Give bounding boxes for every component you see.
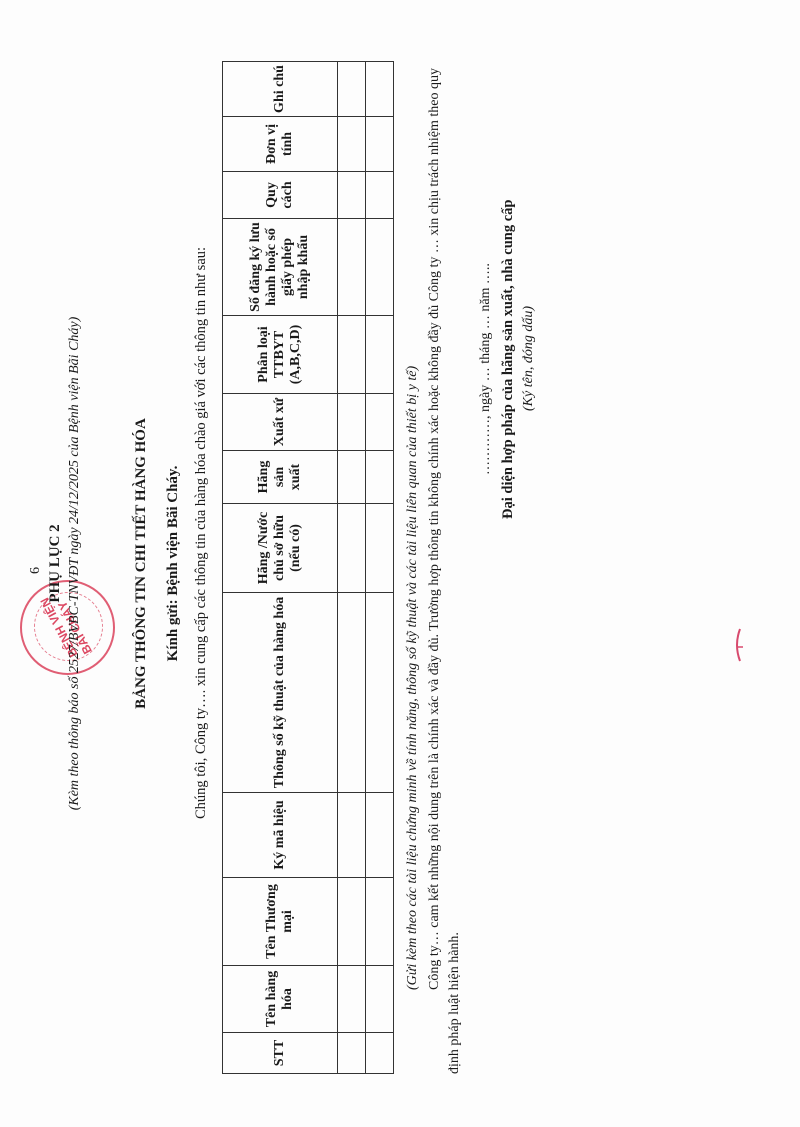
cell[interactable] (338, 504, 366, 593)
addressee: Kính gửi: Bệnh viện Bãi Cháy. (165, 0, 182, 1127)
cell[interactable] (366, 504, 394, 593)
cell[interactable] (366, 793, 394, 878)
cell[interactable] (338, 394, 366, 451)
cell[interactable] (366, 117, 394, 172)
cell[interactable] (366, 966, 394, 1033)
goods-detail-table: STT Tên hàng hóa Tên Thương mại Ký mã hi… (222, 61, 394, 1074)
cell[interactable] (338, 878, 366, 966)
cell[interactable] (338, 793, 366, 878)
col-trade-name: Tên Thương mại (223, 878, 338, 966)
cell[interactable] (366, 394, 394, 451)
date-line: …………, ngày … tháng … năm ….. (478, 263, 494, 475)
cell[interactable] (366, 878, 394, 966)
col-notes: Ghi chú (223, 62, 338, 117)
cell[interactable] (366, 593, 394, 793)
pen-mark-icon (728, 625, 750, 665)
col-technical-specs: Thông số kỹ thuật của hàng hóa (223, 593, 338, 793)
page-number: 6 (28, 567, 44, 574)
cell[interactable] (338, 1033, 366, 1074)
col-stt: STT (223, 1033, 338, 1074)
col-packaging: Quy cách (223, 172, 338, 219)
cell[interactable] (366, 219, 394, 316)
cell[interactable] (338, 451, 366, 504)
col-owner: Hãng /Nước chủ sở hữu (nếu có) (223, 504, 338, 593)
cell[interactable] (338, 219, 366, 316)
table-row (366, 62, 394, 1074)
representative-label: Đại diện hợp pháp của hãng sản xuất, nhà… (500, 200, 517, 520)
col-model-code: Ký mã hiệu (223, 793, 338, 878)
cell[interactable] (338, 316, 366, 394)
commitment-text: Công ty… cam kết những nội dung trên là … (425, 54, 465, 1074)
appendix-subtitle: (Kèm theo thông báo số 2527/BVBC-TNVĐT n… (67, 0, 83, 1127)
cell[interactable] (366, 62, 394, 117)
cell[interactable] (366, 316, 394, 394)
cell[interactable] (366, 172, 394, 219)
cell[interactable] (338, 593, 366, 793)
col-unit: Đơn vị tính (223, 117, 338, 172)
cell[interactable] (338, 62, 366, 117)
signature-hint: (Ký tên, đóng dấu) (521, 306, 537, 411)
table-title: BẢNG THÔNG TIN CHI TIẾT HÀNG HÓA (133, 0, 150, 1127)
cell[interactable] (366, 451, 394, 504)
col-manufacturer: Hãng sản xuất (223, 451, 338, 504)
table-row (338, 62, 366, 1074)
cell[interactable] (338, 172, 366, 219)
attachment-note: (Gửi kèm theo các tài liệu chứng minh về… (405, 366, 421, 990)
cell[interactable] (366, 1033, 394, 1074)
col-classification: Phân loại TTBYT (A,B,C,D) (223, 316, 338, 394)
col-origin: Xuất xứ (223, 394, 338, 451)
intro-text: Chúng tôi, Công ty…. xin cung cấp các th… (193, 247, 210, 819)
document-page: 6 BỆNH VIỆN BÃI CHÁY PHỤ LỤC 2 (Kèm theo… (0, 0, 800, 1127)
col-product-name: Tên hàng hóa (223, 966, 338, 1033)
table-header-row: STT Tên hàng hóa Tên Thương mại Ký mã hi… (223, 62, 338, 1074)
cell[interactable] (338, 117, 366, 172)
col-registration-number: Số đăng ký lưu hành hoặc số giấy phép nh… (223, 219, 338, 316)
cell[interactable] (338, 966, 366, 1033)
appendix-title: PHỤ LỤC 2 (47, 0, 64, 1127)
